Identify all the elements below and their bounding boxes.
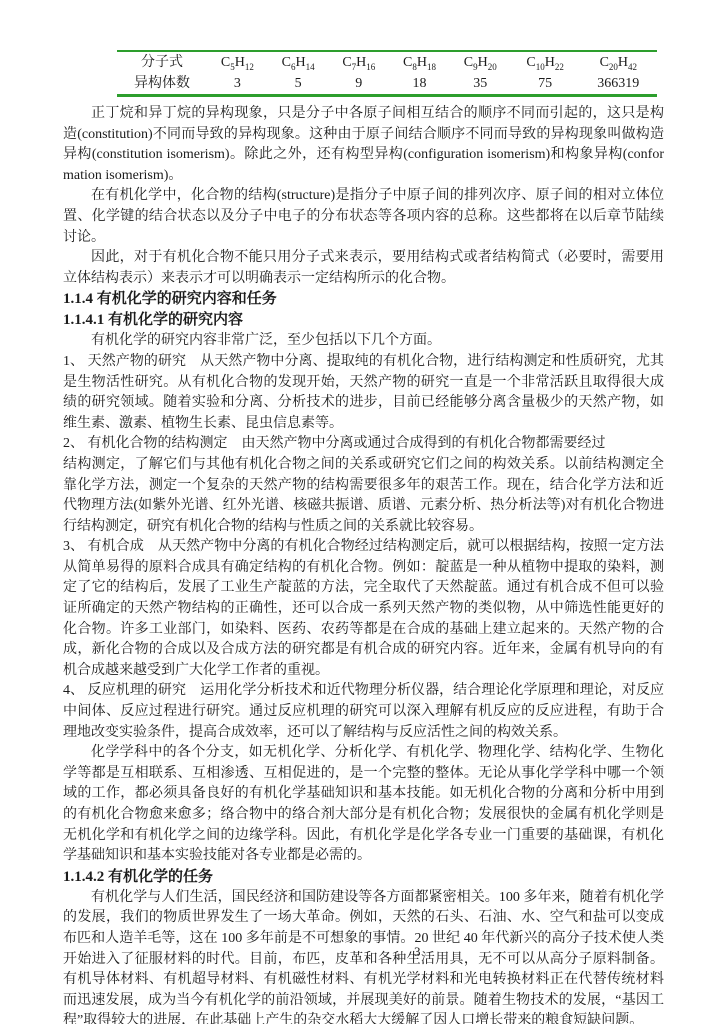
document-page: 分子式 C5H12 C6H14 C7H16 C8H18 C9H20 C10H22…: [0, 0, 724, 1024]
isomer-count-table: 分子式 C5H12 C6H14 C7H16 C8H18 C9H20 C10H22…: [117, 50, 657, 97]
table-row: 异构体数 3 5 9 18 35 75 366319: [117, 73, 657, 96]
isomer-count-cell: 35: [450, 73, 511, 96]
paragraph-chemistry-branches: 化学学科中的各个分支，如无机化学、分析化学、有机化学、物理化学、结构化学、生物化…: [63, 743, 664, 867]
isomer-count-cell: 366319: [580, 73, 657, 96]
heading-1-1-4-2: 1.1.4.2 有机化学的任务: [63, 867, 664, 888]
table-row: 分子式 C5H12 C6H14 C7H16 C8H18 C9H20 C10H22…: [117, 51, 657, 73]
heading-1-1-4-1: 1.1.4.1 有机化学的研究内容: [63, 310, 664, 331]
paragraph-structural-formula: 因此，对于有机化合物不能只用分子式来表示，要用结构式或者结构简式（必要时，需要用…: [63, 248, 664, 289]
formula-cell: C7H16: [328, 51, 389, 73]
page-number: 3: [414, 944, 421, 960]
paragraph-research-scope-intro: 有机化学的研究内容非常广泛，至少包括以下几个方面。: [63, 331, 664, 352]
formula-cell: C9H20: [450, 51, 511, 73]
isomer-count-cell: 9: [328, 73, 389, 96]
heading-1-1-4: 1.1.4 有机化学的研究内容和任务: [63, 289, 664, 310]
paragraph-structure-definition: 在有机化学中，化合物的结构(structure)是指分子中原子间的排列次序、原子…: [63, 186, 664, 248]
list-item-reaction-mechanism: 4、 反应机理的研究 运用化学分析技术和近代物理分析仪器，结合理论化学原理和理论…: [63, 681, 664, 743]
list-item-natural-products: 1、 天然产物的研究 从天然产物中分离、提取纯的有机化合物，进行结构测定和性质研…: [63, 352, 664, 434]
list-item-structure-determination: 2、 有机化合物的结构测定 由天然产物中分离或通过合成得到的有机化合物都需要经过…: [63, 434, 664, 537]
isomer-count-cell: 5: [268, 73, 329, 96]
paragraph-organic-chemistry-tasks: 有机化学与人们生活，国民经济和国防建设等各方面都紧密相关。100 多年来，随着有…: [63, 888, 664, 1024]
formula-cell: C20H42: [580, 51, 657, 73]
isomer-count-cell: 75: [511, 73, 580, 96]
table-row-label: 分子式: [117, 51, 207, 73]
list-item-organic-synthesis: 3、 有机合成 从天然产物中分离的有机化合物经过结构测定后，就可以根据结构，按照…: [63, 537, 664, 681]
formula-cell: C8H18: [389, 51, 450, 73]
isomer-count-cell: 18: [389, 73, 450, 96]
table-row-label: 异构体数: [117, 73, 207, 96]
paragraph-constitution-isomerism: 正丁烷和异丁烷的异构现象，只是分子中各原子间相互结合的顺序不同而引起的，这只是构…: [63, 104, 664, 186]
formula-cell: C5H12: [207, 51, 268, 73]
formula-cell: C6H14: [268, 51, 329, 73]
formula-cell: C10H22: [511, 51, 580, 73]
isomer-count-cell: 3: [207, 73, 268, 96]
